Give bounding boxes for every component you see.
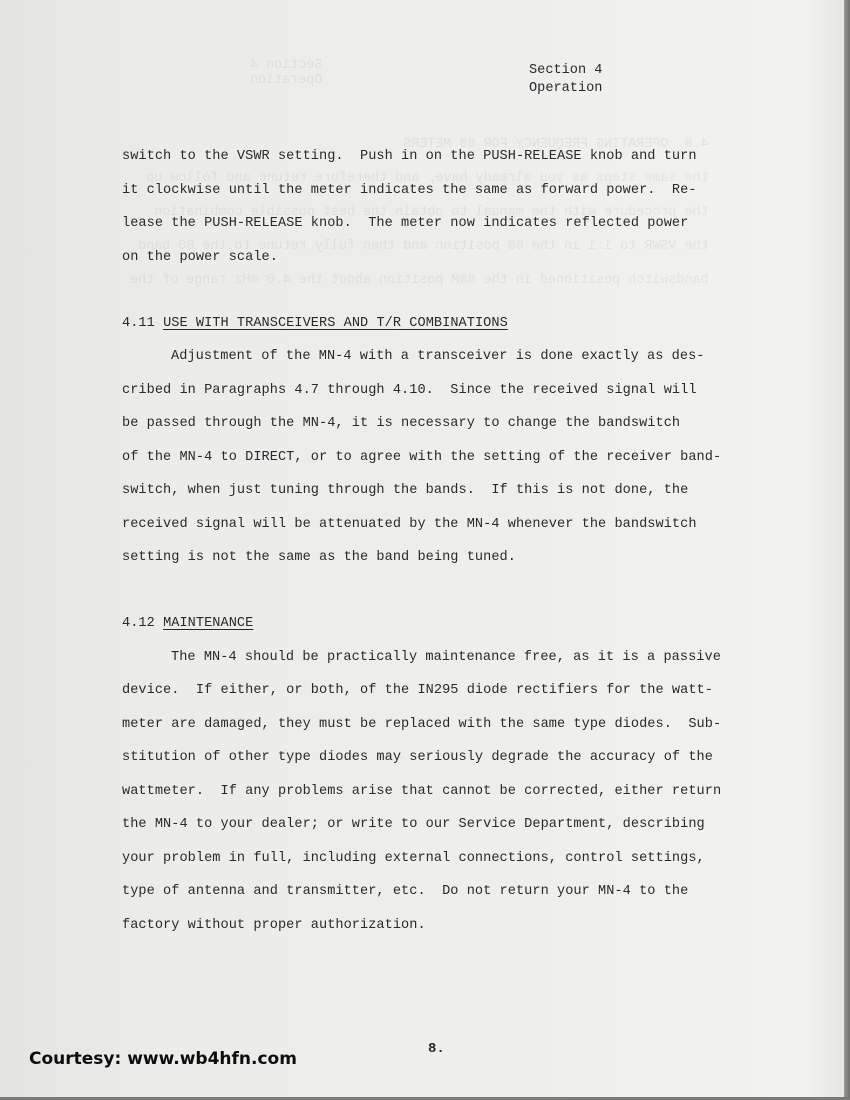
scanned-page: Section 4 Operation 4.8 OPERATING FREQUE… [0,0,845,1100]
section-heading-4-11: 4.11 USE WITH TRANSCEIVERS AND T/R COMBI… [122,316,508,331]
body-text-line: cribed in Paragraphs 4.7 through 4.10. S… [122,383,697,398]
body-text-line: of the MN-4 to DIRECT, or to agree with … [122,450,721,465]
section-title: Operation [529,80,602,98]
body-text-line: Adjustment of the MN-4 with a transceive… [171,349,705,364]
body-text-line: it clockwise until the meter indicates t… [122,183,697,198]
body-text-line: stitution of other type diodes may serio… [122,750,713,765]
page-edge-shadow [844,0,850,1100]
body-text-line: The MN-4 should be practically maintenan… [171,650,721,665]
courtesy-watermark: Courtesy: www.wb4hfn.com [29,1049,297,1069]
bleed-through-text: Section 4 Operation [250,58,322,88]
page-number: 8. [428,1041,445,1057]
body-text-line: device. If either, or both, of the IN295… [122,683,713,698]
section-header: Section 4 Operation [529,62,602,98]
section-number: 4.11 [122,316,155,331]
body-text-line: setting is not the same as the band bein… [122,550,516,565]
section-heading-title: USE WITH TRANSCEIVERS AND T/R COMBINATIO… [163,316,508,331]
body-text-line: your problem in full, including external… [122,851,705,866]
body-text-line: meter are damaged, they must be replaced… [122,717,721,732]
body-text-line: wattmeter. If any problems arise that ca… [122,784,721,799]
body-text-line: the MN-4 to your dealer; or write to our… [122,817,705,832]
body-text-line: switch to the VSWR setting. Push in on t… [122,149,697,164]
section-heading-4-12: 4.12 MAINTENANCE [122,616,253,631]
section-number: 4.12 [122,616,155,631]
body-text-line: be passed through the MN-4, it is necess… [122,416,680,431]
body-text-line: type of antenna and transmitter, etc. Do… [122,884,688,899]
body-text-line: factory without proper authorization. [122,918,426,933]
body-text-line: received signal will be attenuated by th… [122,517,697,532]
section-heading-title: MAINTENANCE [163,616,253,631]
section-label: Section 4 [529,62,602,80]
body-text-line: lease the PUSH-RELEASE knob. The meter n… [122,216,688,231]
body-text-line: on the power scale. [122,250,278,265]
body-text-line: switch, when just tuning through the ban… [122,483,688,498]
